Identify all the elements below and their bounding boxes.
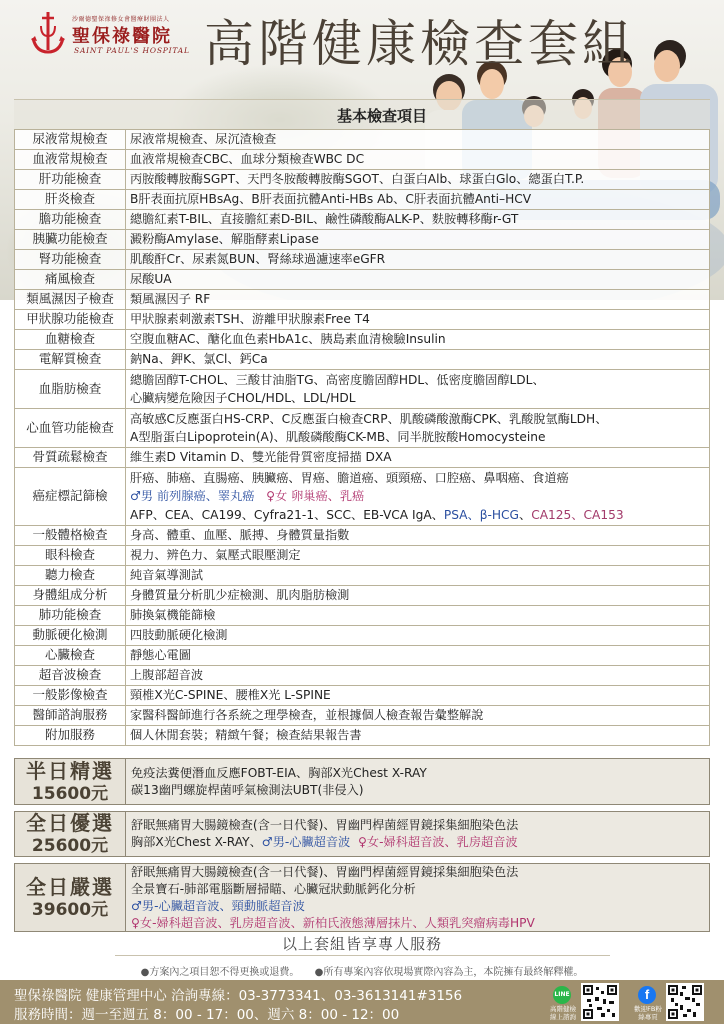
description-line: 維生素D Vitamin D、雙光能骨質密度掃描 DXA [130, 448, 705, 467]
description-line: 四肢動脈硬化檢測 [130, 626, 705, 645]
package-price: 15600元 [15, 783, 125, 805]
table-row: 甲狀腺功能檢查甲狀腺素刺激素TSH、游離甲狀腺素Free T4 [15, 310, 710, 330]
facebook-icon: f [638, 986, 656, 1004]
slogan: 以上套組皆享專人服務 [0, 933, 724, 954]
description-line: 心臟病變危險因子CHOL/HDL、LDL/HDL [130, 389, 705, 408]
row-description: 身高、體重、血壓、脈搏、身體質量指數 [126, 526, 710, 546]
row-description: 四肢動脈硬化檢測 [126, 626, 710, 646]
row-category: 聽力檢查 [15, 566, 126, 586]
row-category: 尿液常規檢查 [15, 130, 126, 150]
female-markers: CA125、CA153 [531, 508, 623, 522]
description-line: 家醫科醫師進行各系統之理學檢查，並根據個人檢查報告彙整解說 [130, 706, 705, 725]
female-items: ♀女-婦科超音波、乳房超音波 [358, 835, 518, 849]
note: ●所有專案內容依現場實際內容為主，本院擁有最終解釋權。 [315, 967, 584, 978]
description-line: B肝表面抗原HBsAg、B肝表面抗體Anti-HBs Ab、C肝表面抗體Anti… [130, 190, 705, 209]
row-description: 身體質量分析肌少症檢測、肌肉脂肪檢測 [126, 586, 710, 606]
row-description: 總膽紅素T-BIL、直接膽紅素D-BIL、鹼性磷酸酶ALK-P、麩胺轉移酶r-G… [126, 210, 710, 230]
table-row: 類風濕因子檢查類風濕因子 RF [15, 290, 710, 310]
table-row: 電解質檢查鈉Na、鉀K、氯Cl、鈣Ca [15, 350, 710, 370]
description-line: 鈉Na、鉀K、氯Cl、鈣Ca [130, 350, 705, 369]
package-line: 舒眠無痛胃大腸鏡檢查(含一日代餐)、胃幽門桿菌經胃鏡採集細胞染色法 [131, 864, 704, 881]
table-row: 血液常規檢查血液常規檢查CBC、血球分類檢查WBC DC [15, 150, 710, 170]
row-category: 心臟檢查 [15, 646, 126, 666]
package-price: 39600元 [15, 899, 125, 921]
description-line: 尿液常規檢查、尿沉渣檢查 [130, 130, 705, 149]
female-items: ♀女-婦科超音波、乳房超音波、新柏氏液態薄層抹片、人類乳突瘤病毒HPV [131, 915, 704, 932]
package-price: 25600元 [15, 835, 125, 857]
row-description: 肌酸酐Cr、尿素氮BUN、腎絲球過濾速率eGFR [126, 250, 710, 270]
table-row: 膽功能檢查總膽紅素T-BIL、直接膽紅素D-BIL、鹼性磷酸酶ALK-P、麩胺轉… [15, 210, 710, 230]
description-line: A型脂蛋白Lipoprotein(A)、肌酸磷酸酶CK-MB、同半胱胺酸Homo… [130, 428, 705, 447]
description-line: 血液常規檢查CBC、血球分類檢查WBC DC [130, 150, 705, 169]
description-line: 澱粉酶Amylase、解脂酵素Lipase [130, 230, 705, 249]
row-category: 醫師諮詢服務 [15, 706, 126, 726]
hospital-name-en: SAINT PAUL'S HOSPITAL [74, 46, 190, 55]
table-row: 超音波檢查上腹部超音波 [15, 666, 710, 686]
description-line: 肺換氣機能篩檢 [130, 606, 705, 625]
row-category: 電解質檢查 [15, 350, 126, 370]
table-row: 癌症標記篩檢肝癌、肺癌、直腸癌、胰臟癌、胃癌、膽道癌、頭頸癌、口腔癌、鼻咽癌、食… [15, 468, 710, 526]
line-caption: 高階健檢線上諮詢 [547, 1005, 579, 1021]
separator: 、 [519, 508, 531, 522]
row-description: 頸椎X光C-SPINE、腰椎X光 L-SPINE [126, 686, 710, 706]
table-row: 尿液常規檢查尿液常規檢查、尿沉渣檢查 [15, 130, 710, 150]
female-cancers: ♀女 卵巢癌、乳癌 [266, 489, 364, 503]
row-description: 空腹血糖AC、醣化血色素HbA1c、胰島素血清檢驗Insulin [126, 330, 710, 350]
line-icon: LINE [553, 986, 571, 1004]
row-category: 肝功能檢查 [15, 170, 126, 190]
description-line: 頸椎X光C-SPINE、腰椎X光 L-SPINE [130, 686, 705, 705]
description-line: 尿酸UA [130, 270, 705, 289]
row-description: 靜態心電圖 [126, 646, 710, 666]
table-row: 一般體格檢查身高、體重、血壓、脈搏、身體質量指數 [15, 526, 710, 546]
table-row: 聽力檢查純音氣導測試 [15, 566, 710, 586]
row-description: 純音氣導測試 [126, 566, 710, 586]
description-line: 靜態心電圖 [130, 646, 705, 665]
package-line: 全景寶石-肺部電腦斷層掃瞄、心臟冠狀動脈鈣化分析 [131, 881, 704, 898]
facebook-contact[interactable]: f 歡迎FB粉絲專頁 [632, 982, 722, 1022]
hospital-name: 聖保祿醫院 [72, 22, 172, 48]
description-line: 高敏感C反應蛋白HS-CRP、C反應蛋白檢查CRP、肌酸磷酸激酶CPK、乳酸脫氫… [130, 410, 705, 429]
divider [115, 955, 610, 956]
description-line: 總膽紅素T-BIL、直接膽紅素D-BIL、鹼性磷酸酶ALK-P、麩胺轉移酶r-G… [130, 210, 705, 229]
description-line: 肌酸酐Cr、尿素氮BUN、腎絲球過濾速率eGFR [130, 250, 705, 269]
footer: 聖保祿醫院 健康管理中心 洽詢專線：03-3773341、03-3613141#… [0, 980, 724, 1024]
row-description: 維生素D Vitamin D、雙光能骨質密度掃描 DXA [126, 448, 710, 468]
service-hours: 服務時間：週一至週五 8：00 - 17：00、週六 8：00 - 12：00 [14, 1003, 399, 1023]
row-category: 肝炎檢查 [15, 190, 126, 210]
row-category: 附加服務 [15, 726, 126, 746]
row-category: 胰臟功能檢查 [15, 230, 126, 250]
row-description: 鈉Na、鉀K、氯Cl、鈣Ca [126, 350, 710, 370]
tumor-markers: AFP、CEA、CA199、Cyfra21-1、SCC、EB-VCA IgA、 [130, 508, 444, 522]
row-description: 類風濕因子 RF [126, 290, 710, 310]
row-description: 肝癌、肺癌、直腸癌、胰臟癌、胃癌、膽道癌、頭頸癌、口腔癌、鼻咽癌、食道癌♂男 前… [126, 468, 710, 526]
description-line: 類風濕因子 RF [130, 290, 705, 309]
row-description: 血液常規檢查CBC、血球分類檢查WBC DC [126, 150, 710, 170]
table-row: 肝炎檢查B肝表面抗原HBsAg、B肝表面抗體Anti-HBs Ab、C肝表面抗體… [15, 190, 710, 210]
table-row: 腎功能檢查肌酸酐Cr、尿素氮BUN、腎絲球過濾速率eGFR [15, 250, 710, 270]
contact-line: 聖保祿醫院 健康管理中心 洽詢專線：03-3773341、03-3613141#… [14, 984, 462, 1004]
table-row: 動脈硬化檢測四肢動脈硬化檢測 [15, 626, 710, 646]
package-line: 胸部X光Chest X-RAY、 [131, 835, 262, 849]
row-category: 血糖檢查 [15, 330, 126, 350]
table-row: 身體組成分析身體質量分析肌少症檢測、肌肉脂肪檢測 [15, 586, 710, 606]
row-description: 個人休閒套裝；精緻午餐；檢查結果報告書 [126, 726, 710, 746]
row-category: 骨質疏鬆檢查 [15, 448, 126, 468]
section-title: 基本檢查項目 [14, 99, 710, 129]
description-line: 空腹血糖AC、醣化血色素HbA1c、胰島素血清檢驗Insulin [130, 330, 705, 349]
row-category: 肺功能檢查 [15, 606, 126, 626]
row-category: 一般體格檢查 [15, 526, 126, 546]
table-row: 肝功能檢查丙胺酸轉胺酶SGPT、天門冬胺酸轉胺酶SGOT、白蛋白Alb、球蛋白G… [15, 170, 710, 190]
row-description: 視力、辨色力、氣壓式眼壓測定 [126, 546, 710, 566]
package-half-day: 半日精選 15600元 免疫法糞便潛血反應FOBT-EIA、胸部X光Chest … [14, 758, 710, 805]
description-line: 丙胺酸轉胺酶SGPT、天門冬胺酸轉胺酶SGOT、白蛋白Alb、球蛋白Glo、總蛋… [130, 170, 705, 189]
line-qr-code[interactable] [581, 983, 619, 1021]
table-row: 血脂肪檢查總膽固醇T-CHOL、三酸甘油脂TG、高密度膽固醇HDL、低密度膽固醇… [15, 370, 710, 409]
line-contact[interactable]: LINE 高階健檢線上諮詢 [547, 982, 637, 1022]
row-description: 肺換氣機能篩檢 [126, 606, 710, 626]
table-row: 胰臟功能檢查澱粉酶Amylase、解脂酵素Lipase [15, 230, 710, 250]
description-line: 身體質量分析肌少症檢測、肌肉脂肪檢測 [130, 586, 705, 605]
package-name: 全日優選 [15, 811, 125, 835]
package-line: 舒眠無痛胃大腸鏡檢查(含一日代餐)、胃幽門桿菌經胃鏡採集細胞染色法 [131, 817, 704, 834]
row-category: 心血管功能檢查 [15, 409, 126, 448]
row-description: 丙胺酸轉胺酶SGPT、天門冬胺酸轉胺酶SGOT、白蛋白Alb、球蛋白Glo、總蛋… [126, 170, 710, 190]
row-category: 動脈硬化檢測 [15, 626, 126, 646]
basic-items-table: 基本檢查項目 尿液常規檢查尿液常規檢查、尿沉渣檢查血液常規檢查血液常規檢查CBC… [14, 99, 710, 746]
male-cancers: ♂男 前列腺癌、睪丸癌 [130, 489, 255, 503]
row-category: 癌症標記篩檢 [15, 468, 126, 526]
table-row: 骨質疏鬆檢查維生素D Vitamin D、雙光能骨質密度掃描 DXA [15, 448, 710, 468]
row-description: 尿液常規檢查、尿沉渣檢查 [126, 130, 710, 150]
male-markers: PSA、β-HCG [444, 508, 519, 522]
description-line: 視力、辨色力、氣壓式眼壓測定 [130, 546, 705, 565]
row-category: 血液常規檢查 [15, 150, 126, 170]
male-items: ♂男-心臟超音波 [262, 835, 350, 849]
row-category: 痛風檢查 [15, 270, 126, 290]
package-full-day-premium: 全日優選 25600元 舒眠無痛胃大腸鏡檢查(含一日代餐)、胃幽門桿菌經胃鏡採集… [14, 811, 710, 857]
anchor-logo-icon [30, 10, 66, 56]
description-line: 身高、體重、血壓、脈搏、身體質量指數 [130, 526, 705, 545]
description-line: 上腹部超音波 [130, 666, 705, 685]
description-line: 總膽固醇T-CHOL、三酸甘油脂TG、高密度膽固醇HDL、低密度膽固醇LDL、 [130, 371, 705, 390]
table-row: 痛風檢查尿酸UA [15, 270, 710, 290]
description-line: 個人休閒套裝；精緻午餐；檢查結果報告書 [130, 726, 705, 745]
row-description: B肝表面抗原HBsAg、B肝表面抗體Anti-HBs Ab、C肝表面抗體Anti… [126, 190, 710, 210]
row-category: 類風濕因子檢查 [15, 290, 126, 310]
table-row: 心血管功能檢查高敏感C反應蛋白HS-CRP、C反應蛋白檢查CRP、肌酸磷酸激酶C… [15, 409, 710, 448]
page-title: 高階健康檢查套組 [204, 4, 636, 76]
row-description: 尿酸UA [126, 270, 710, 290]
row-description: 澱粉酶Amylase、解脂酵素Lipase [126, 230, 710, 250]
row-description: 總膽固醇T-CHOL、三酸甘油脂TG、高密度膽固醇HDL、低密度膽固醇LDL、心… [126, 370, 710, 409]
row-category: 一般影像檢查 [15, 686, 126, 706]
table-row: 附加服務個人休閒套裝；精緻午餐；檢查結果報告書 [15, 726, 710, 746]
row-category: 血脂肪檢查 [15, 370, 126, 409]
package-line: 碳13幽門螺旋桿菌呼氣檢測法UBT(非侵入) [131, 782, 704, 799]
note: ●方案內之項目恕不得更換或退費。 [141, 967, 300, 978]
package-name: 半日精選 [15, 759, 125, 783]
package-name: 全日嚴選 [15, 875, 125, 899]
row-description: 家醫科醫師進行各系統之理學檢查，並根據個人檢查報告彙整解說 [126, 706, 710, 726]
table-row: 眼科檢查視力、辨色力、氣壓式眼壓測定 [15, 546, 710, 566]
facebook-qr-code[interactable] [666, 983, 704, 1021]
description-line: 甲狀腺素刺激素TSH、游離甲狀腺素Free T4 [130, 310, 705, 329]
table-row: 醫師諮詢服務家醫科醫師進行各系統之理學檢查，並根據個人檢查報告彙整解說 [15, 706, 710, 726]
table-row: 心臟檢查靜態心電圖 [15, 646, 710, 666]
row-category: 甲狀腺功能檢查 [15, 310, 126, 330]
cancer-list: 肝癌、肺癌、直腸癌、胰臟癌、胃癌、膽道癌、頭頸癌、口腔癌、鼻咽癌、食道癌 [130, 469, 705, 488]
facebook-caption: 歡迎FB粉絲專頁 [632, 1005, 664, 1021]
row-description: 上腹部超音波 [126, 666, 710, 686]
table-row: 肺功能檢查肺換氣機能篩檢 [15, 606, 710, 626]
row-category: 身體組成分析 [15, 586, 126, 606]
row-category: 超音波檢查 [15, 666, 126, 686]
row-category: 膽功能檢查 [15, 210, 126, 230]
row-category: 腎功能檢查 [15, 250, 126, 270]
notes: ●方案內之項目恕不得更換或退費。 ●所有專案內容依現場實際內容為主，本院擁有最終… [0, 963, 724, 978]
table-row: 血糖檢查空腹血糖AC、醣化血色素HbA1c、胰島素血清檢驗Insulin [15, 330, 710, 350]
male-items: ♂男-心臟超音波、頸動脈超音波 [131, 898, 704, 915]
row-description: 甲狀腺素刺激素TSH、游離甲狀腺素Free T4 [126, 310, 710, 330]
table-row: 一般影像檢查頸椎X光C-SPINE、腰椎X光 L-SPINE [15, 686, 710, 706]
row-category: 眼科檢查 [15, 546, 126, 566]
description-line: 純音氣導測試 [130, 566, 705, 585]
package-full-day-select: 全日嚴選 39600元 舒眠無痛胃大腸鏡檢查(含一日代餐)、胃幽門桿菌經胃鏡採集… [14, 863, 710, 932]
row-description: 高敏感C反應蛋白HS-CRP、C反應蛋白檢查CRP、肌酸磷酸激酶CPK、乳酸脫氫… [126, 409, 710, 448]
package-line: 免疫法糞便潛血反應FOBT-EIA、胸部X光Chest X-RAY [131, 765, 704, 782]
hospital-logo: 沙爾德聖保祿修女會醫療財團法人 聖保祿醫院 SAINT PAUL'S HOSPI… [30, 10, 190, 58]
